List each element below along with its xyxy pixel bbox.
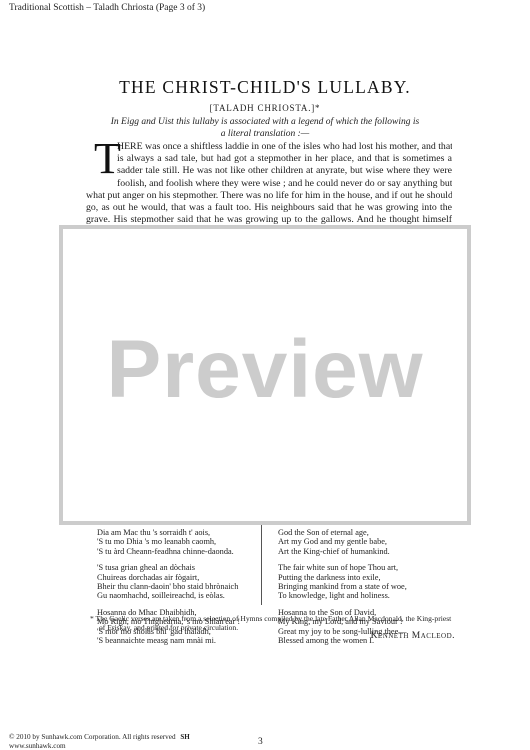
footnote: * The Gaelic verses are taken from a sel… — [90, 614, 460, 632]
page-number: 3 — [258, 737, 263, 747]
author-signature: Kenneth Macleod. — [330, 631, 455, 641]
english-stanza: The fair white sun of hope Thou art, Put… — [278, 563, 458, 601]
verse-line: Bheir thu clann-daoin' bho staid bhrònai… — [97, 582, 257, 591]
verse-line: 'S tu àrd Cheann-feadhna chinne-daonda. — [97, 547, 257, 556]
song-subtitle: [TALADH CHRIOSTA.]* — [0, 103, 530, 113]
verse-line: 'S tusa grian gheal an dòchais — [97, 563, 257, 572]
verse-line: Dia am Mac thu 's sorraidh t' aois, — [97, 528, 257, 537]
preview-watermark-label: Preview — [63, 329, 467, 411]
intro-line: In Eigg and Uist this lullaby is associa… — [100, 116, 430, 128]
body-line: HERE was once a shiftless laddie in one … — [117, 141, 452, 153]
verse-line: 'S tu mo Dhia 's mo leanabh caomh, — [97, 537, 257, 546]
english-stanza: God the Son of eternal age, Art my God a… — [278, 528, 458, 556]
verse-line: Gu naomhachd, soilleireachd, is eòlas. — [97, 591, 257, 600]
verse-line: Putting the darkness into exile, — [278, 573, 458, 582]
body-line: is always a sad tale, but had got a step… — [117, 153, 452, 165]
verse-line: Bringing mankind from a state of woe, — [278, 582, 458, 591]
sunhawk-logo-icon: SH — [180, 733, 189, 742]
column-divider — [261, 525, 262, 605]
body-line: foolish, and foolish where they were wis… — [117, 178, 452, 190]
verse-line: The fair white sun of hope Thou art, — [278, 563, 458, 572]
song-title: THE CHRIST-CHILD'S LULLABY. — [0, 77, 530, 98]
intro-text: In Eigg and Uist this lullaby is associa… — [100, 116, 430, 140]
gaelic-stanza: 'S tusa grian gheal an dòchais Chuireas … — [97, 563, 257, 601]
verse-line: 'S beannaichte measg nam mnài mi. — [97, 636, 257, 645]
footnote-line: * The Gaelic verses are taken from a sel… — [90, 614, 451, 623]
body-line: what put anger on his stepmother. There … — [86, 190, 452, 202]
body-line: go, as out he would, that was a fault to… — [86, 202, 452, 214]
verse-line: Art my God and my gentle babe, — [278, 537, 458, 546]
website-link[interactable]: www.sunhawk.com — [9, 742, 190, 750]
intro-line: a literal translation :— — [100, 128, 430, 140]
verse-line: Art the King-chief of humankind. — [278, 547, 458, 556]
verse-line: God the Son of eternal age, — [278, 528, 458, 537]
page-header-title: Traditional Scottish – Taladh Chriosta (… — [9, 3, 205, 13]
body-line: sadder tale still. He was not like other… — [117, 165, 452, 177]
copyright-text: © 2010 by Sunhawk.com Corporation. All r… — [9, 733, 176, 741]
gaelic-stanza: Dia am Mac thu 's sorraidh t' aois, 'S t… — [97, 528, 257, 556]
verse-line: Chuireas dorchadas air fògairt, — [97, 573, 257, 582]
verse-line: To knowledge, light and holiness. — [278, 591, 458, 600]
copyright-footer: © 2010 by Sunhawk.com Corporation. All r… — [9, 733, 190, 750]
gaelic-verses: Dia am Mac thu 's sorraidh t' aois, 'S t… — [97, 528, 257, 652]
preview-watermark-overlay: Preview — [59, 225, 471, 525]
